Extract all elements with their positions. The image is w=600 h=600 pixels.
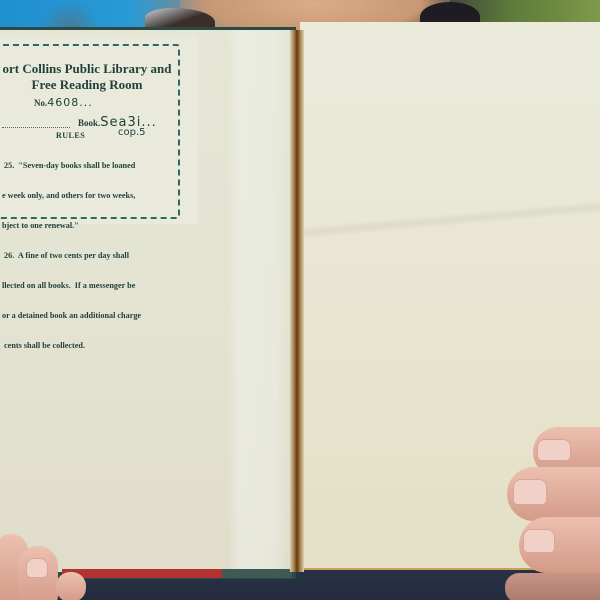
- thumb: [18, 546, 58, 600]
- copy-note: cop.5: [118, 127, 146, 138]
- fingernail: [537, 439, 571, 461]
- fingernail: [523, 529, 555, 553]
- palm: [505, 573, 600, 600]
- right-hand: [505, 425, 600, 600]
- fingernail: [513, 479, 547, 505]
- thumbnail: [26, 558, 48, 578]
- hinge-tape: [228, 30, 288, 570]
- rules-text: 25. "Seven-day books shall be loaned e w…: [2, 141, 172, 371]
- book-spine-gutter: [290, 30, 304, 572]
- accession-number: No.4608...: [34, 96, 93, 109]
- rules-heading: RULES: [56, 131, 85, 140]
- green-cloth-edge: [222, 569, 292, 578]
- library-name: ort Collins Public Library and Free Read…: [2, 61, 172, 93]
- paper-crease: [300, 200, 600, 240]
- library-bookplate: ort Collins Public Library and Free Read…: [0, 36, 198, 224]
- left-hand: [0, 530, 120, 600]
- finger: [519, 517, 600, 573]
- bookplate-text: ort Collins Public Library and Free Read…: [0, 36, 175, 216]
- finger: [56, 572, 86, 600]
- dotted-line: [2, 127, 70, 128]
- finger: [507, 467, 600, 521]
